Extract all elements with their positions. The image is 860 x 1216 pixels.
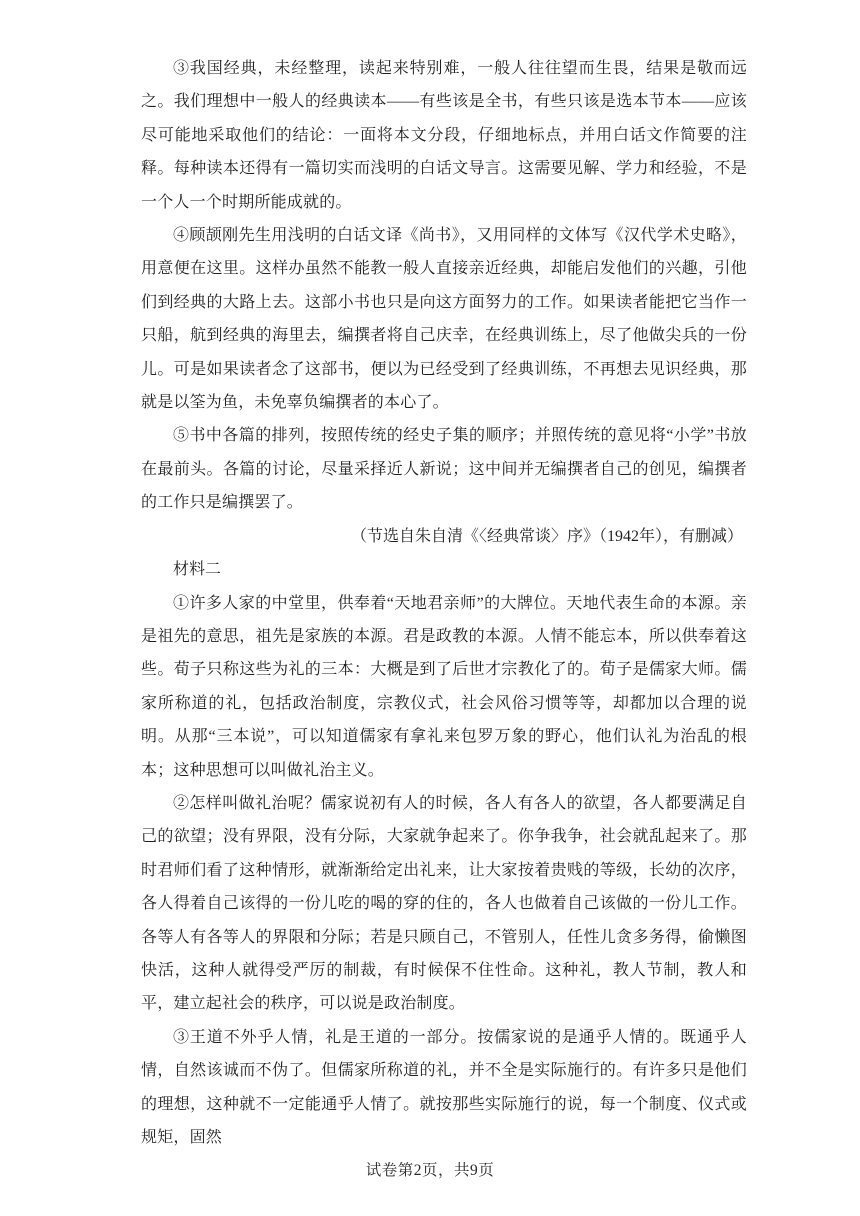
- material2-heading: 材料二: [141, 553, 747, 586]
- material1-paragraph-3: ③我国经典，未经整理，读起来特别难，一般人往往望而生畏，结果是敬而远之。我们理想…: [141, 52, 747, 219]
- material1-paragraph-5: ⑤书中各篇的排列，按照传统的经史子集的顺序；并照传统的意见将“小学”书放在最前头…: [141, 419, 747, 519]
- material2-paragraph-3: ③王道不外乎人情，礼是王道的一部分。按儒家说的是通乎人情的。既通乎人情，自然该诚…: [141, 1021, 747, 1155]
- exam-paper-page: ③我国经典，未经整理，读起来特别难，一般人往往望而生畏，结果是敬而远之。我们理想…: [0, 0, 860, 1216]
- document-body: ③我国经典，未经整理，读起来特别难，一般人往往望而生畏，结果是敬而远之。我们理想…: [141, 52, 747, 1154]
- source-attribution: （节选自朱自清《〈经典常谈〉序》（1942年），有删减）: [141, 520, 747, 553]
- material2-paragraph-2: ②怎样叫做礼治呢？儒家说初有人的时候，各人有各人的欲望，各人都要满足自己的欲望；…: [141, 787, 747, 1021]
- page-number-footer: 试卷第2页，共9页: [0, 1158, 860, 1180]
- material1-paragraph-4: ④顾颉刚先生用浅明的白话文译《尚书》，又用同样的文体写《汉代学术史略》，用意便在…: [141, 219, 747, 419]
- material2-paragraph-1: ①许多人家的中堂里，供奉着“天地君亲师”的大牌位。天地代表生命的本源。亲是祖先的…: [141, 587, 747, 787]
